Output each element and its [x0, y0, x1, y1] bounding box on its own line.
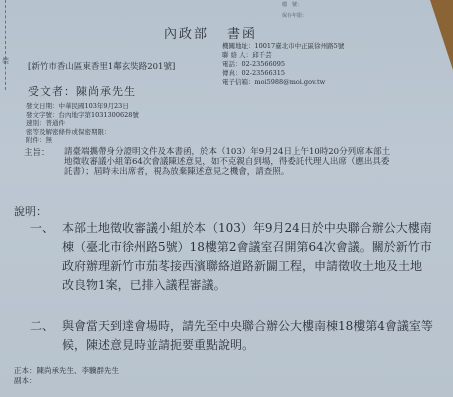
binding-mark: 裝	[2, 56, 9, 66]
agency-address: 機關地址：10017臺北市中正區徐州路5號	[222, 42, 344, 51]
recipient-address: [新竹市香山區東香里1鄰玄奘路201號]	[28, 62, 178, 72]
contact-person: 聯 絡 人：邱千芸	[222, 51, 344, 60]
issue-date: 發文日期：中華民國103年9月23日	[26, 102, 139, 111]
distribution: 正本：陳尚承先生、李驥群先生 副本：	[14, 366, 119, 386]
contact-info: 機關地址：10017臺北市中正區徐州路5號 聯 絡 人：邱千芸 電話：02-23…	[222, 42, 344, 87]
original-recipients: 正本：陳尚承先生、李驥群先生	[14, 366, 119, 376]
binding-line	[5, 0, 6, 90]
retention-period-label: 保存年限：	[282, 12, 307, 19]
speed-class: 速別：普通件	[26, 119, 139, 128]
recipient-label: 受文者：	[28, 85, 76, 98]
item-number-2: 二、	[30, 317, 54, 336]
document-number: 發文字號：台內地字第1031300628號	[26, 111, 139, 120]
item-text-1: 本部土地徵收審議小組於本（103）年9月24日於中央聯合辦公大樓南棟（臺北市徐州…	[62, 219, 432, 295]
explanation-label: 說明：	[14, 203, 47, 219]
document-paper: 裝 檔 號： 保存年限： 內政部書函 機關地址：10017臺北市中正區徐州路5號…	[0, 0, 453, 397]
copy-recipients: 副本：	[14, 376, 119, 386]
document-title: 內政部書函	[164, 23, 275, 42]
agency-name: 內政部	[164, 27, 209, 42]
phone: 電話：02-23566095	[222, 60, 344, 69]
recipient: 受文者：陳尚承先生	[28, 83, 136, 99]
document-meta: 發文日期：中華民國103年9月23日 發文字號：台內地字第1031300628號…	[26, 102, 139, 145]
security-level: 密等及解密條件或保密期限：	[26, 128, 139, 137]
attachment: 附件：無	[26, 136, 139, 145]
document-type: 書函	[227, 27, 257, 42]
item-number-1: 一、	[30, 219, 54, 238]
subject-label: 主旨：	[24, 146, 50, 158]
file-number-label: 檔 號：	[282, 1, 302, 8]
email: 電子信箱：moi5988@moi.gov.tw	[222, 78, 344, 87]
recipient-name: 陳尚承先生	[76, 85, 136, 98]
item-text-2: 與會當天到達會場時，請先至中央聯合辦公大樓南棟18樓第4會議室等候，陳述意見時並…	[62, 317, 442, 355]
fax: 傳真：02-23566315	[222, 69, 344, 78]
subject-body: 請臺端攜帶身分證明文件及本書函，於本（103）年9月24日上午10時20分列席本…	[64, 147, 394, 178]
